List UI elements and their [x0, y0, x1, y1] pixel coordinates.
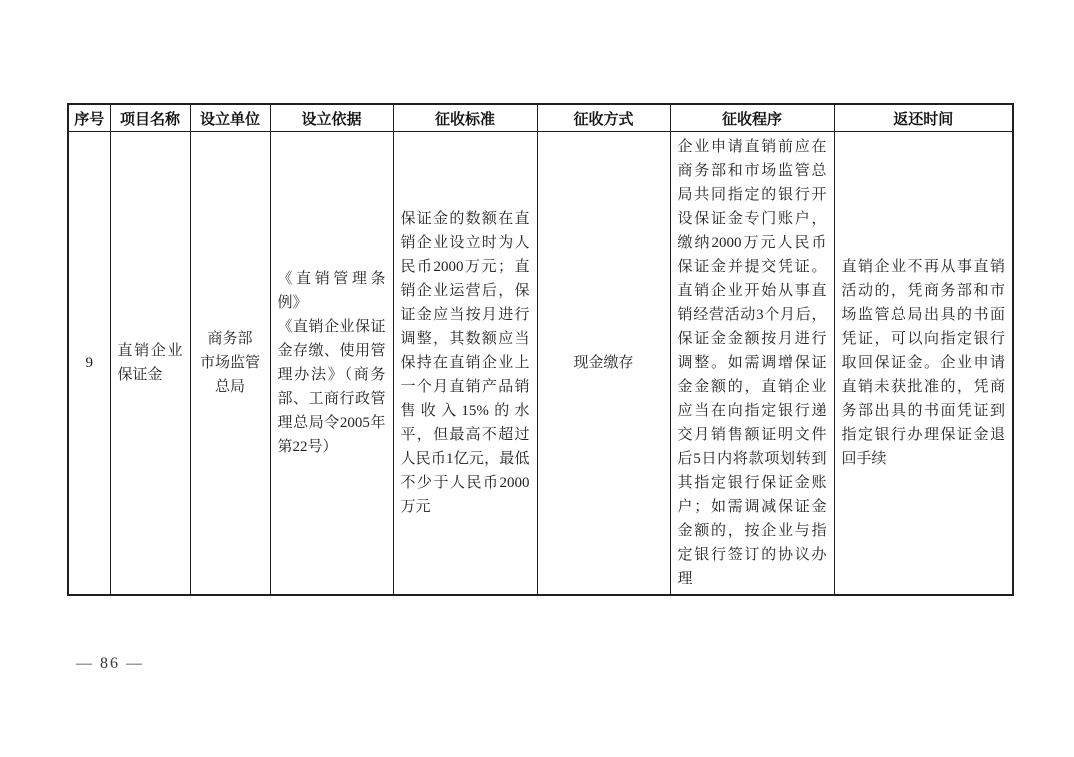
table-row: 9 直销企业保证金 商务部 市场监管 总局 《直销管理条例》 《直销企业保证金存… [68, 132, 1013, 596]
header-collection-standard: 征收标准 [393, 104, 537, 132]
cell-refund-time: 直销企业不再从事直销活动的，凭商务部和市场监管总局出具的书面凭证，可以向指定银行… [834, 132, 1013, 596]
cell-project-name: 直销企业保证金 [110, 132, 190, 596]
header-refund-time: 返还时间 [834, 104, 1013, 132]
document-page: 序号 项目名称 设立单位 设立依据 征收标准 征收方式 征收程序 返还时间 9 … [0, 0, 1074, 757]
header-collection-procedure: 征收程序 [670, 104, 834, 132]
header-project-name: 项目名称 [110, 104, 190, 132]
cell-establishing-unit: 商务部 市场监管 总局 [190, 132, 270, 596]
cell-collection-procedure: 企业申请直销前应在商务部和市场监管总局共同指定的银行开设保证金专门账户，缴纳20… [670, 132, 834, 596]
page-number: — 86 — [76, 655, 144, 673]
fee-table: 序号 项目名称 设立单位 设立依据 征收标准 征收方式 征收程序 返还时间 9 … [67, 103, 1014, 596]
header-establishing-unit: 设立单位 [190, 104, 270, 132]
header-collection-method: 征收方式 [537, 104, 670, 132]
header-establishment-basis: 设立依据 [270, 104, 393, 132]
cell-serial-number: 9 [68, 132, 110, 596]
header-serial-number: 序号 [68, 104, 110, 132]
table-header-row: 序号 项目名称 设立单位 设立依据 征收标准 征收方式 征收程序 返还时间 [68, 104, 1013, 132]
cell-establishment-basis: 《直销管理条例》 《直销企业保证金存缴、使用管理办法》（商务部、工商行政管理总局… [270, 132, 393, 596]
cell-collection-method: 现金缴存 [537, 132, 670, 596]
cell-collection-standard: 保证金的数额在直销企业设立时为人民币2000万元；直销企业运营后，保证金应当按月… [393, 132, 537, 596]
